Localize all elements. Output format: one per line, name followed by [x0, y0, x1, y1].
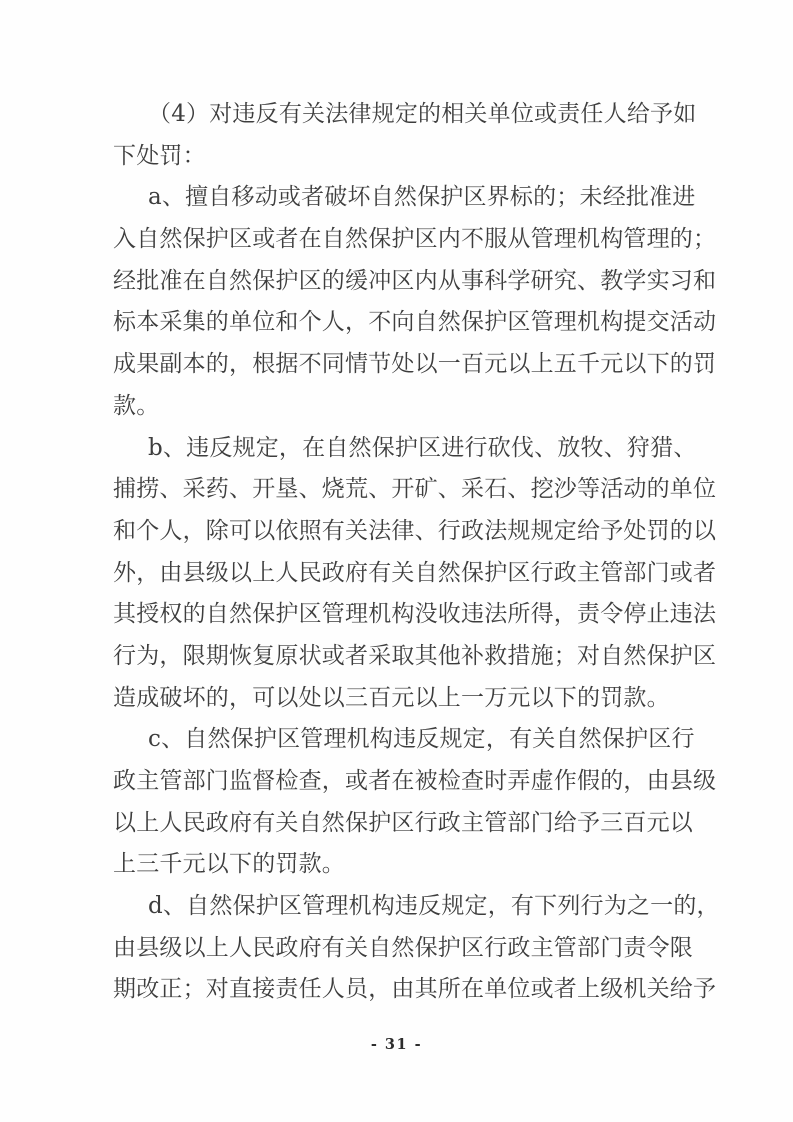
text-line: 标本采集的单位和个人，不向自然保护区管理机构提交活动 — [113, 302, 719, 344]
text-line: 政主管部门监督检查，或者在被检查时弄虚作假的，由县级 — [113, 761, 719, 803]
text-body: （4）对违反有关法律规定的相关单位或责任人给予如下处罚：a、擅自移动或者破坏自然… — [113, 94, 719, 1011]
text-line: 其授权的自然保护区管理机构没收违法所得，责令停止违法 — [113, 594, 719, 636]
text-line: d、自然保护区管理机构违反规定，有下列行为之一的， — [113, 886, 719, 928]
page-number: - 31 - — [0, 1036, 793, 1053]
text-line: b、违反规定，在自然保护区进行砍伐、放牧、狩猎、 — [113, 428, 719, 470]
text-line: 由县级以上人民政府有关自然保护区行政主管部门责令限 — [113, 928, 719, 970]
text-line: 入自然保护区或者在自然保护区内不服从管理机构管理的； — [113, 219, 719, 261]
text-line: 外，由县级以上人民政府有关自然保护区行政主管部门或者 — [113, 553, 719, 595]
text-line: 经批准在自然保护区的缓冲区内从事科学研究、教学实习和 — [113, 261, 719, 303]
text-line: 以上人民政府有关自然保护区行政主管部门给予三百元以 — [113, 803, 719, 845]
text-line: 行为，限期恢复原状或者采取其他补救措施；对自然保护区 — [113, 636, 719, 678]
text-line: 造成破坏的，可以处以三百元以上一万元以下的罚款。 — [113, 678, 719, 720]
text-line: 成果副本的，根据不同情节处以一百元以上五千元以下的罚 — [113, 344, 719, 386]
text-line: 下处罚： — [113, 136, 719, 178]
text-line: 上三千元以下的罚款。 — [113, 844, 719, 886]
text-line: 期改正；对直接责任人员，由其所在单位或者上级机关给予 — [113, 969, 719, 1011]
text-line: 款。 — [113, 386, 719, 428]
text-line: c、自然保护区管理机构违反规定，有关自然保护区行 — [113, 719, 719, 761]
text-line: 和个人，除可以依照有关法律、行政法规规定给予处罚的以 — [113, 511, 719, 553]
text-line: 捕捞、采药、开垦、烧荒、开矿、采石、挖沙等活动的单位 — [113, 469, 719, 511]
text-line: （4）对违反有关法律规定的相关单位或责任人给予如 — [113, 94, 719, 136]
text-line: a、擅自移动或者破坏自然保护区界标的；未经批准进 — [113, 177, 719, 219]
document-page: （4）对违反有关法律规定的相关单位或责任人给予如下处罚：a、擅自移动或者破坏自然… — [0, 0, 793, 1122]
